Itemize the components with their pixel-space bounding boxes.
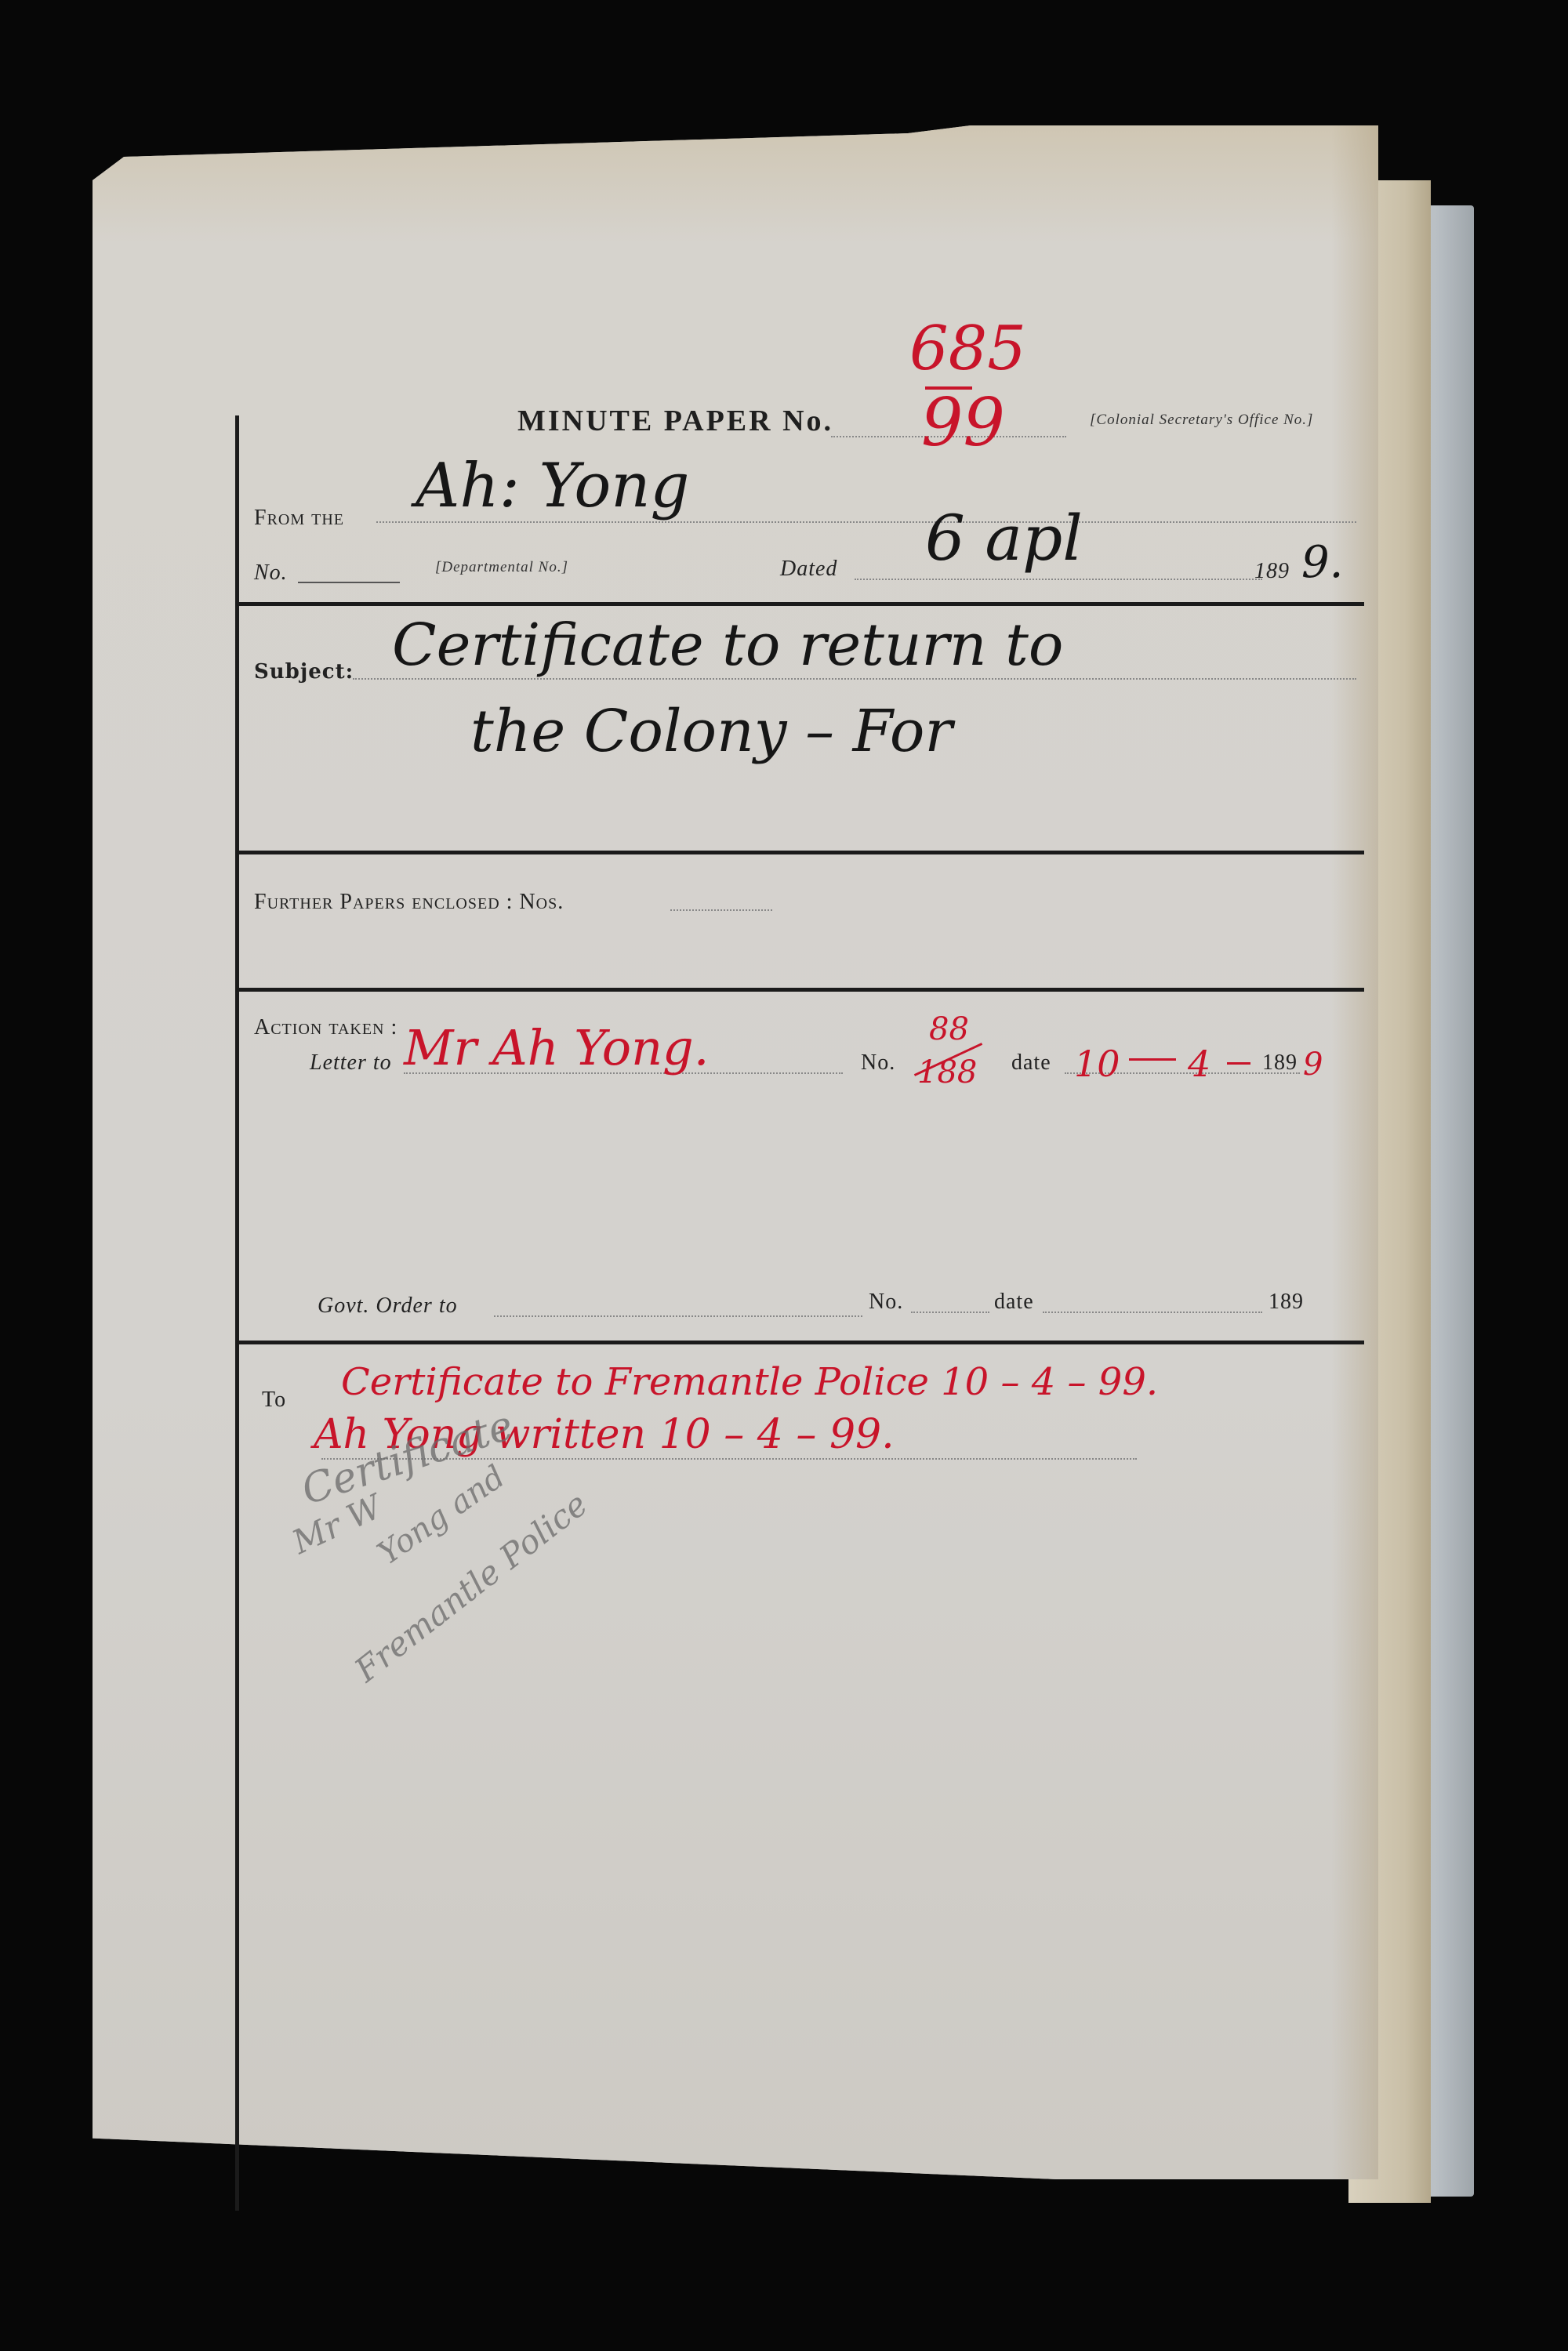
subject-label: Subject:	[254, 660, 354, 684]
departmental-no-hint: [Departmental No.]	[435, 559, 568, 576]
form-body: From the Ah: Yong No. [Departmental No.]…	[235, 415, 1364, 2219]
further-papers-label: Further Papers enclosed : Nos.	[254, 890, 564, 915]
letter-date-month: 4	[1188, 1043, 1210, 1085]
rule-subject-further	[235, 851, 1364, 854]
subject-text-line2: the Colony – For	[470, 698, 953, 765]
letter-no-numerator: 88	[929, 1011, 969, 1047]
subject-text-line1: Certificate to return to	[392, 611, 1063, 679]
letter-year-suffix: 9	[1303, 1047, 1323, 1083]
dated-label: Dated	[780, 557, 837, 582]
letter-to-value: Mr Ah Yong.	[404, 1019, 709, 1076]
from-value: Ah: Yong	[416, 451, 689, 521]
govt-no-line	[911, 1312, 989, 1313]
departmental-no-line	[298, 582, 400, 583]
govt-order-label: Govt. Order to	[318, 1293, 458, 1319]
govt-date-label: date	[994, 1290, 1034, 1315]
rule-further-action	[235, 988, 1364, 992]
govt-order-line	[494, 1315, 862, 1317]
letter-no-denominator: 188	[917, 1054, 977, 1090]
letter-date-dash-1	[1129, 1058, 1176, 1061]
to-label: To	[262, 1388, 286, 1413]
to-line-1: Certificate to Fremantle Police 10 – 4 –…	[341, 1360, 1158, 1404]
from-label: From the	[254, 506, 344, 531]
letter-date-label: date	[1011, 1050, 1051, 1076]
letter-year-prefix: 189	[1262, 1050, 1298, 1076]
rule-from-subject	[235, 602, 1364, 606]
departmental-no-label: No.	[254, 561, 288, 586]
letter-date-dash-2	[1227, 1062, 1250, 1065]
dated-value: 6 apl	[925, 502, 1083, 575]
letter-no-label: No.	[861, 1050, 895, 1076]
dated-line	[855, 579, 1262, 580]
action-taken-label: Action taken :	[254, 1015, 397, 1040]
letter-to-label: Letter to	[310, 1050, 392, 1076]
form-left-rule	[235, 415, 239, 2211]
rule-action-to	[235, 1341, 1364, 1344]
minute-number-numerator: 685	[909, 314, 1026, 384]
letter-date-day: 10	[1074, 1043, 1120, 1085]
govt-year: 189	[1269, 1290, 1304, 1315]
further-papers-line	[670, 909, 772, 911]
govt-date-line	[1043, 1312, 1262, 1313]
year-prefix: 189	[1254, 559, 1290, 584]
govt-no-label: No.	[869, 1290, 903, 1315]
from-line	[376, 521, 1356, 523]
year-suffix: 9.	[1301, 537, 1343, 588]
